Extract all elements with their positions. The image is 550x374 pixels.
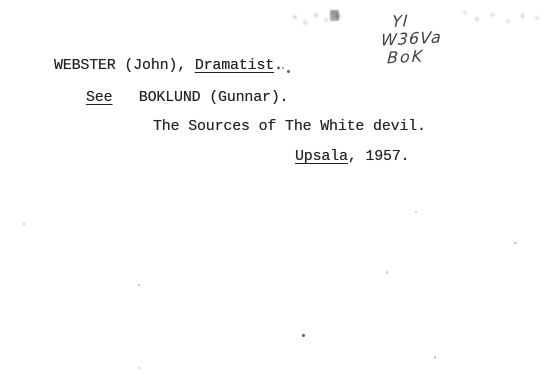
- classmark-line-3: BoK: [387, 46, 442, 67]
- paper-speck: [415, 211, 417, 213]
- paper-speck: [287, 70, 290, 73]
- heading-underlined-word: Dramatist: [195, 57, 274, 74]
- see-reference-line: See BOKLUND (Gunnar).: [86, 89, 288, 106]
- imprint-line: Upsala, 1957.: [295, 148, 409, 165]
- paper-speck: [434, 356, 436, 359]
- paper-speck: [386, 271, 388, 274]
- paper-speck: [138, 284, 140, 286]
- imprint-place-underlined: Upsala: [295, 148, 348, 165]
- handwritten-classmark: YI W36Va BoK: [380, 10, 444, 67]
- paper-speck: [282, 67, 284, 69]
- pencil-smudge: [330, 10, 339, 21]
- heading-suffix: .: [274, 57, 283, 74]
- see-underlined-word: See: [86, 89, 112, 106]
- see-reference-rest: BOKLUND (Gunnar).: [112, 89, 288, 106]
- paper-speck: [138, 367, 140, 369]
- paper-speck: [302, 334, 305, 337]
- imprint-rest: , 1957.: [348, 148, 410, 165]
- heading-prefix: WEBSTER (John),: [54, 57, 195, 74]
- pencil-smudge: [458, 6, 544, 28]
- catalog-card: WEBSTER (John), Dramatist. See BOKLUND (…: [0, 0, 550, 374]
- heading-line: WEBSTER (John), Dramatist.: [54, 57, 283, 74]
- paper-speck: [23, 223, 25, 225]
- paper-speck: [514, 242, 517, 244]
- title-line: The Sources of The White devil.: [153, 118, 426, 135]
